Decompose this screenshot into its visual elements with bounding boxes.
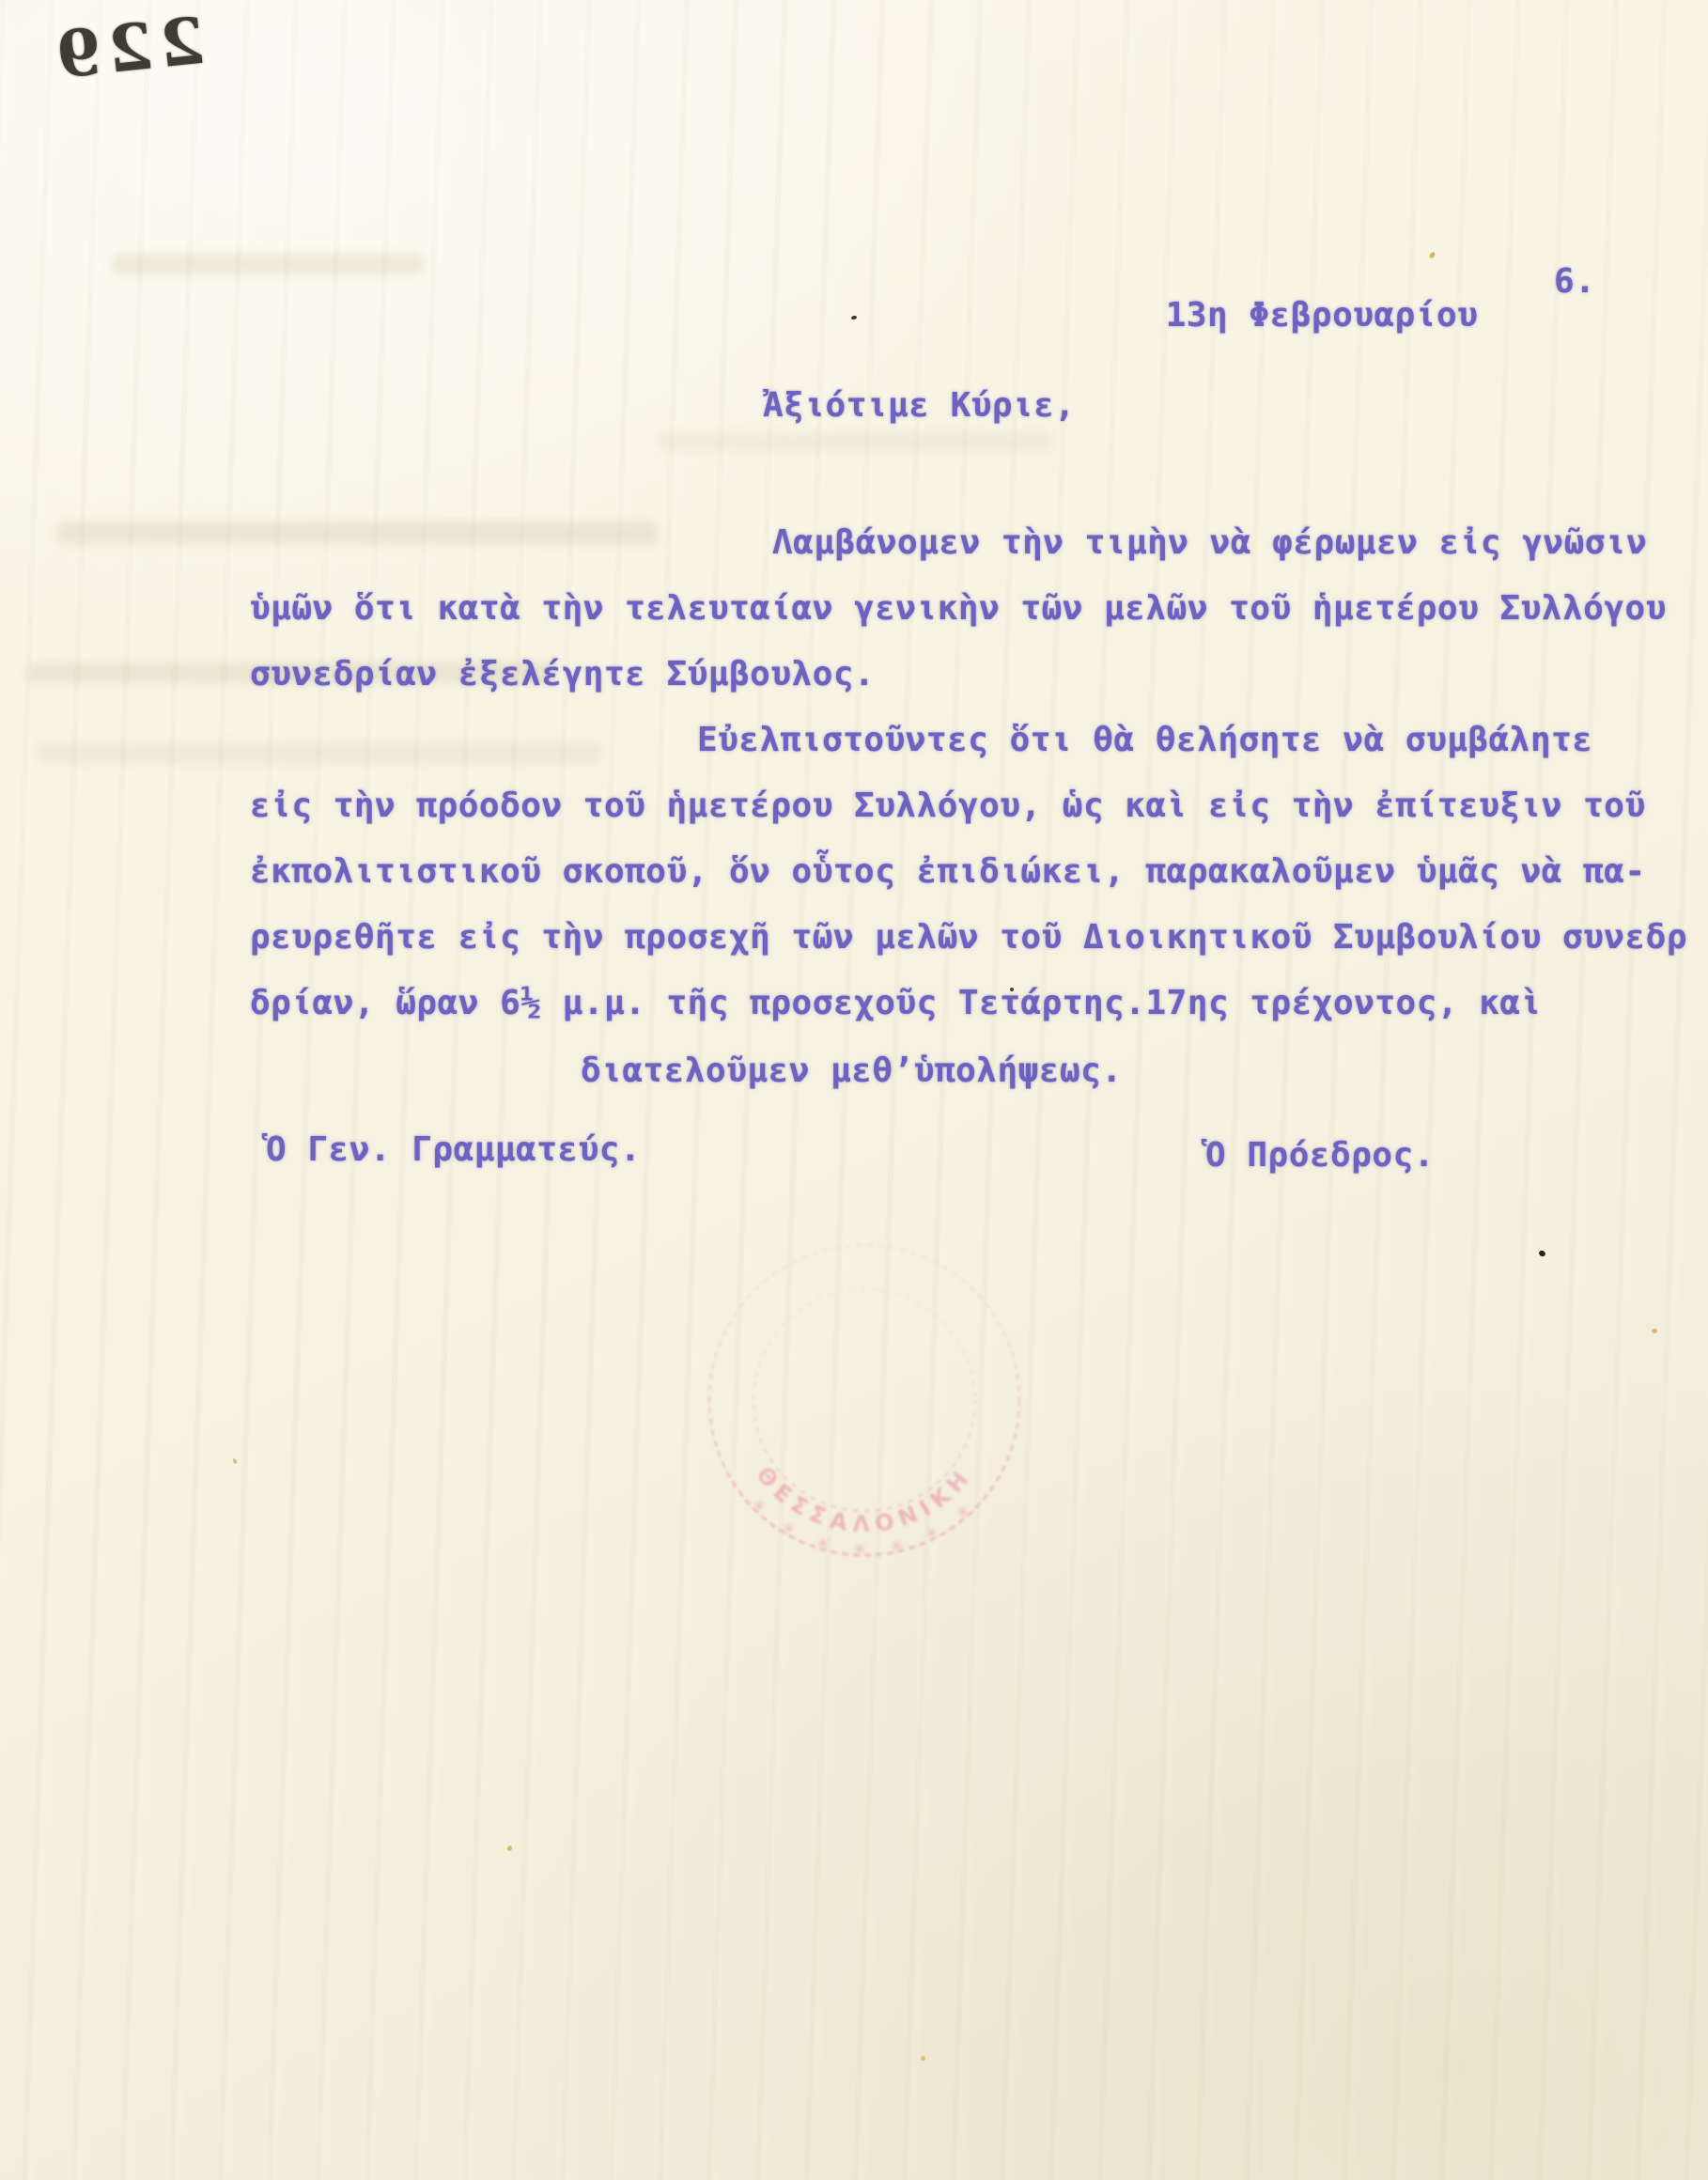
body-line: Εὐελπιστοῦντες ὅτι θὰ θελήσητε νὰ συμβάλ…: [697, 724, 1592, 757]
svg-text:✳ ✳ ✳ ✳ ✳ ✳ ✳: ✳ ✳ ✳ ✳ ✳ ✳ ✳: [747, 1494, 983, 1560]
body-line: ἐκπολιτιστικοῦ σκοποῦ, ὅν οὗτος ἐπιδιώκε…: [250, 855, 1646, 889]
date-year-digit: 6.: [1554, 265, 1595, 299]
ink-speck: [1538, 1250, 1546, 1258]
svg-text:ΘΕΣΣΑΛΟΝΙΚΗ: ΘΕΣΣΑΛΟΝΙΚΗ: [751, 1461, 977, 1537]
body-line: διατελοῦμεν μεθ’ὑπολήψεως.: [581, 1054, 1123, 1088]
archive-page-number: 229: [45, 4, 208, 95]
body-line: εἰς τὴν πρόοδον τοῦ ἡμετέρου Συλλόγου, ὡ…: [250, 789, 1646, 823]
paper-fiber-speck: [1428, 251, 1436, 259]
date-day-month: 13η Φεβρουαρίου: [1166, 296, 1479, 335]
ghost-text-smudge: [658, 432, 1052, 451]
paper-fiber-speck: [232, 1457, 238, 1464]
paper-fiber-speck: [1652, 1329, 1657, 1333]
salutation: Ἀξιότιμε Κύριε,: [763, 389, 1076, 423]
signature-secretary: Ὁ Γεν. Γραμματεύς.: [266, 1133, 641, 1167]
ghost-text-smudge: [56, 522, 658, 544]
signature-president: Ὁ Πρόεδρος.: [1205, 1139, 1435, 1173]
body-line: Λαμβάνομεν τὴν τιμὴν νὰ φέρωμεν εἰς γνῶσ…: [772, 526, 1647, 560]
paper-fiber-speck: [506, 1845, 513, 1851]
date-line: 13η Φεβρουαρίου: [1082, 265, 1478, 366]
paper-fiber-speck: [921, 2056, 925, 2061]
ghost-text-smudge: [38, 742, 601, 763]
stamp-decoration: ✳ ✳ ✳ ✳ ✳ ✳ ✳: [747, 1494, 983, 1560]
ink-speck: [851, 315, 858, 319]
circular-stamp: ΘΕΣΣΑΛΟΝΙΚΗ ✳ ✳ ✳ ✳ ✳ ✳ ✳: [667, 1203, 1062, 1597]
body-line: ρευρεθῆτε εἰς τὴν προσεχῆ τῶν μελῶν τοῦ …: [250, 921, 1687, 955]
ghost-text-smudge: [113, 254, 423, 274]
body-line: συνεδρίαν ἐξελέγητε Σύμβουλος.: [250, 658, 875, 692]
stamp-graphics: ΘΕΣΣΑΛΟΝΙΚΗ ✳ ✳ ✳ ✳ ✳ ✳ ✳: [709, 1245, 1019, 1560]
body-line: δρίαν, ὥραν 6½ μ.μ. τῆς προσεχοῦς Τετάρτ…: [250, 987, 1542, 1020]
body-line: ὑμῶν ὅτι κατὰ τὴν τελευταίαν γενικὴν τῶν…: [250, 592, 1667, 626]
stamp-arc-text: ΘΕΣΣΑΛΟΝΙΚΗ: [751, 1461, 977, 1537]
scanned-letter-page: 229 13η Φεβρουαρίου 6. Ἀξιότιμε Κύριε, Λ…: [0, 0, 1708, 2180]
